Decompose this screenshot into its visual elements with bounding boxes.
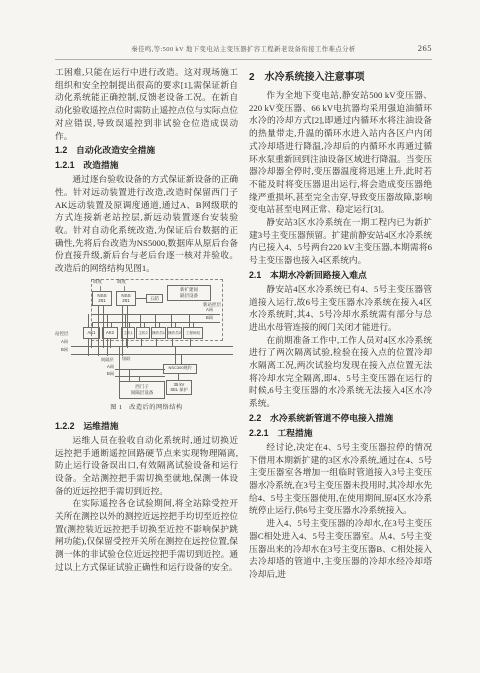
connector-line bbox=[107, 314, 108, 327]
connector-line bbox=[88, 314, 89, 327]
paragraph: 作为全地下变电站,静安站500 kV变压器、220 kV变压器、66 kV电抗器… bbox=[249, 89, 432, 216]
connector-line bbox=[175, 346, 176, 364]
heading-1-2: 1.2 自动化改造安全措施 bbox=[55, 144, 238, 157]
fig-node-host1: 主机1 bbox=[121, 327, 135, 339]
fig-node-siemens-bay-equipment: 西门子 间隔层设备 bbox=[119, 381, 165, 399]
bus-line-a-bay bbox=[115, 369, 165, 370]
fig-label-new-station-layer: 新站控层 bbox=[181, 303, 221, 308]
paragraph: 在前期准备工作中,工作人员对4区水冷系统进行了两次隔离试验,检验在接入点的位置冷… bbox=[249, 334, 432, 410]
heading-2-2: 2.2 水冷系统新管道不停电接入措施 bbox=[249, 412, 432, 425]
fig-node-host2: 主机2 bbox=[136, 327, 150, 339]
figure-caption: 图 1 改造后的网络结构 bbox=[55, 402, 238, 411]
bus-line-b-bay bbox=[115, 376, 165, 377]
paragraph: 静安站4区水冷系统已有4、5号主变压器管道接入运行,故6号主变压器水冷系统在接入… bbox=[249, 283, 432, 334]
header-rule bbox=[55, 59, 432, 60]
paragraph: 在实际遥控各仓试验期间,将全站除受控开关所在测控以外的测控近远控把手均切至近控位… bbox=[55, 497, 238, 573]
bus-line-a-new bbox=[92, 314, 220, 315]
fig-node-engineer-station: 工程师站 bbox=[183, 327, 203, 339]
fig-node-35kv-sel-protection: 35 kV SEL 保护 bbox=[166, 380, 192, 395]
fig-label-b-net-new: B网 bbox=[206, 316, 213, 321]
paper-page: 秦佳鸣,等:500 kV 地下变电站主变压器扩容工程新老设备衔接工作难点分析 2… bbox=[0, 0, 480, 673]
heading-2-2-1: 2.2.1 工程措施 bbox=[249, 427, 432, 440]
heading-2: 2 水冷系统接入注意事项 bbox=[249, 71, 432, 85]
left-column: 工困难,只能在运行中进行改造。这对现场施工组织和安全控制提出很高的要求[1],需… bbox=[55, 66, 238, 581]
connector-line bbox=[155, 314, 156, 327]
fig-node-wufang: 五防 bbox=[146, 294, 163, 303]
connector-line bbox=[181, 354, 182, 364]
connector-line bbox=[125, 314, 126, 327]
fig-node-ak2: AK2 bbox=[102, 327, 118, 339]
fig-node-new-bay-equipment: 新扩建间 隔层设备 bbox=[167, 285, 211, 301]
connector-line bbox=[129, 369, 130, 381]
fig-label-cascade: 级联 bbox=[122, 357, 130, 362]
fig-label-b-net-bay: B网 bbox=[107, 372, 114, 377]
fig-label-b-net-old: B网 bbox=[61, 348, 68, 353]
fig-label-station-layer: 站控层 bbox=[55, 332, 69, 337]
figure-network-diagram: 调度 调度 NSS 201 NSS 201 五防 新扩建间 隔层设备 新站控层 … bbox=[55, 278, 238, 418]
fig-node-nsc300-protocol: NSC300规约 bbox=[163, 364, 197, 374]
connector-line bbox=[189, 314, 190, 327]
heading-2-1: 2.1 本期水冷新回路接入难点 bbox=[249, 269, 432, 282]
paragraph: 通过逐台验收设备的方式保证新设备的正确性。针对远动装置进行改造,改造时保留西门子… bbox=[55, 173, 238, 275]
bus-line-b-old bbox=[71, 354, 233, 355]
paragraph: 进入4、5号主变压器的冷却水,在3号主变压器C相处进入4、5号主变压器室。从4、… bbox=[249, 517, 432, 581]
fig-label-bay-layer: 间隔层 bbox=[101, 358, 114, 363]
two-column-body: 工困难,只能在运行中进行改造。这对现场施工组织和安全控制提出很高的要求[1],需… bbox=[55, 66, 432, 581]
running-title: 秦佳鸣,等:500 kV 地下变电站主变压器扩容工程新老设备衔接工作难点分析 bbox=[55, 44, 432, 53]
connector-line bbox=[171, 314, 172, 327]
heading-1-2-1: 1.2.1 改造措施 bbox=[55, 159, 238, 172]
heading-1-2-2: 1.2.2 运维措施 bbox=[55, 420, 238, 433]
fig-node-nss201-1: NSS 201 bbox=[92, 291, 112, 306]
connector-line bbox=[140, 314, 141, 327]
paragraph: 静安站3区水冷系统在一期工程内已为新扩建3号主变压器预留。扩建前静安站4区水冷系… bbox=[249, 216, 432, 267]
right-column: 2 水冷系统接入注意事项 作为全地下变电站,静安站500 kV变压器、220 k… bbox=[249, 66, 432, 581]
fig-node-operator1: 操作员1 bbox=[151, 327, 166, 339]
connector-line bbox=[107, 339, 108, 356]
fig-label-a-net-new: A网 bbox=[206, 308, 213, 313]
connector-line bbox=[88, 339, 89, 356]
fig-label-a-net-bay: A网 bbox=[107, 365, 114, 370]
paragraph: 工困难,只能在运行中进行改造。这对现场施工组织和安全控制提出很高的要求[1],需… bbox=[55, 66, 238, 142]
fig-node-operator2: 操作员2 bbox=[167, 327, 182, 339]
fig-node-ak1: AK1 bbox=[83, 327, 100, 339]
connector-line bbox=[136, 298, 146, 299]
fig-label-dispatch-1: 调度 bbox=[93, 280, 102, 285]
paragraph: 经讨论,决定在4、5号主变压器拉停的情况下借用本期新扩建的3区水冷系统,通过在4… bbox=[249, 441, 432, 517]
page-number: 265 bbox=[418, 43, 432, 53]
fig-label-dispatch-2: 调度 bbox=[117, 280, 126, 285]
paragraph: 运维人员在验收自动化系统时,通过切换近远控把手通断遥控回路硬节点来实现物理隔离,… bbox=[55, 434, 238, 498]
fig-label-a-net-old: A网 bbox=[61, 340, 68, 345]
fig-node-nss201-2: NSS 201 bbox=[116, 291, 136, 306]
bus-line-a-old bbox=[71, 346, 233, 347]
page-header: 秦佳鸣,等:500 kV 地下变电站主变压器扩容工程新老设备衔接工作难点分析 2… bbox=[55, 44, 432, 56]
